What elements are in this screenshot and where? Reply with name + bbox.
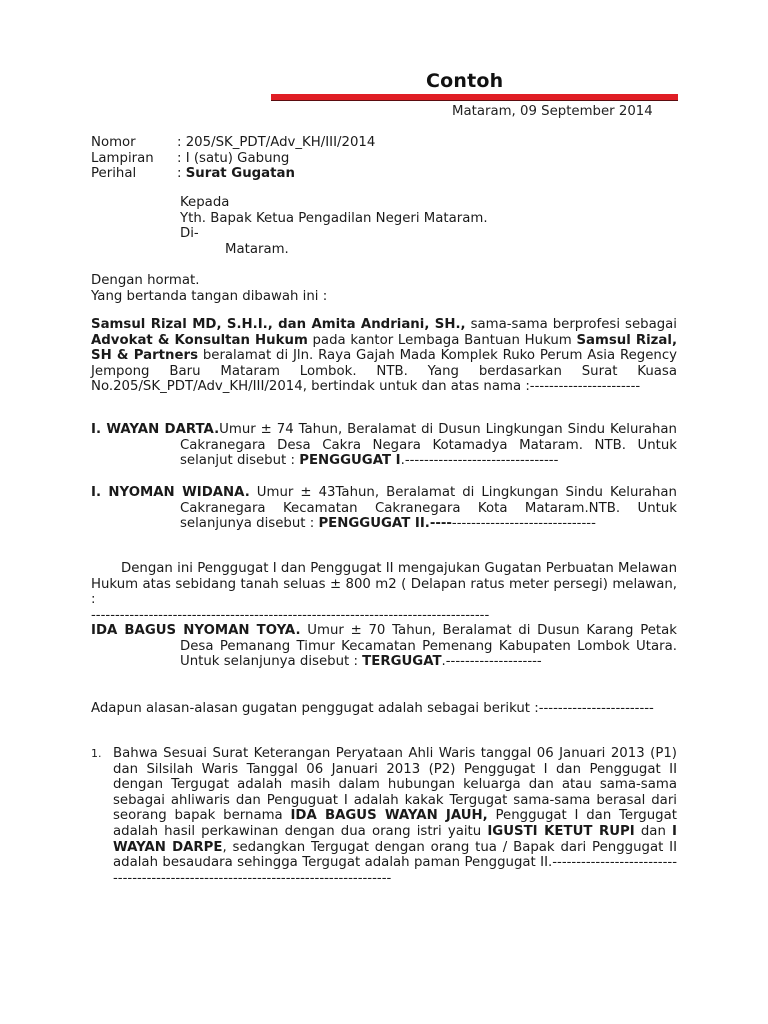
party-role: PENGGUGAT I bbox=[299, 453, 400, 468]
meta-nomor: Nomor : 205/SK_PDT/Adv_KH/III/2014 bbox=[91, 135, 375, 151]
claim-paragraph: Dengan ini Penggugat I dan Penggugat II … bbox=[91, 561, 677, 623]
firm-type: Advokat & Konsultan Hukum bbox=[91, 333, 308, 348]
list-item: 1. Bahwa Sesuai Surat Keterangan Peryata… bbox=[91, 746, 677, 886]
letter-date: Mataram, 09 September 2014 bbox=[452, 104, 682, 120]
party-name: I. NYOMAN WIDANA. bbox=[91, 485, 250, 500]
claim-dashes: ----------------------------------------… bbox=[91, 608, 677, 624]
party-text: I. NYOMAN WIDANA. Umur ± 43Tahun, Berala… bbox=[91, 485, 677, 532]
defendant: IDA BAGUS NYOMAN TOYA. Umur ± 70 Tahun, … bbox=[91, 623, 677, 670]
greeting-line: Dengan hormat. bbox=[91, 273, 327, 289]
meta-label: Perihal bbox=[91, 166, 177, 182]
plaintiff-2: I. NYOMAN WIDANA. Umur ± 43Tahun, Berala… bbox=[91, 485, 677, 532]
party-text: IDA BAGUS NYOMAN TOYA. Umur ± 70 Tahun, … bbox=[91, 623, 677, 670]
letter-meta: Nomor : 205/SK_PDT/Adv_KH/III/2014 Lampi… bbox=[91, 135, 375, 182]
text-span: sama-sama berprofesi sebagai bbox=[466, 317, 677, 332]
list-item-text: Bahwa Sesuai Surat Keterangan Peryataan … bbox=[91, 746, 677, 886]
text-span: ------------------------------ bbox=[452, 516, 596, 531]
party-text: I. WAYAN DARTA.Umur ± 74 Tahun, Beralama… bbox=[91, 422, 677, 469]
recipient-block: Kepada Yth. Bapak Ketua Pengadilan Neger… bbox=[180, 195, 488, 257]
document-page: Contoh Mataram, 09 September 2014 Nomor … bbox=[0, 0, 768, 1024]
recipient-city: Mataram. bbox=[180, 242, 488, 258]
party-role: TERGUGAT bbox=[362, 654, 441, 669]
title-rule bbox=[271, 94, 678, 101]
meta-lampiran: Lampiran : I (satu) Gabung bbox=[91, 151, 375, 167]
text-span: dan bbox=[635, 824, 672, 839]
meta-value: : I (satu) Gabung bbox=[177, 151, 289, 167]
party-name: I. WAYAN DARTA. bbox=[91, 422, 219, 437]
text-span: pada kantor Lembaga Bantuan Hukum bbox=[308, 333, 577, 348]
reasons-list: 1. Bahwa Sesuai Surat Keterangan Peryata… bbox=[91, 746, 677, 886]
greeting-block: Dengan hormat. Yang bertanda tangan diba… bbox=[91, 273, 327, 304]
claim-text: Dengan ini Penggugat I dan Penggugat II … bbox=[91, 561, 677, 608]
meta-value: : Surat Gugatan bbox=[177, 166, 295, 182]
meta-perihal: Perihal : Surat Gugatan bbox=[91, 166, 375, 182]
advocate-names: Samsul Rizal MD, S.H.I., dan Amita Andri… bbox=[91, 317, 466, 332]
subject-text: Surat Gugatan bbox=[186, 166, 295, 181]
party-role: PENGGUGAT II.---- bbox=[318, 516, 451, 531]
party-name: IDA BAGUS NYOMAN TOYA. bbox=[91, 623, 301, 638]
meta-label: Lampiran bbox=[91, 151, 177, 167]
list-number: 1. bbox=[91, 746, 102, 762]
recipient-line: Di- bbox=[180, 226, 488, 242]
greeting-line: Yang bertanda tangan dibawah ini : bbox=[91, 289, 327, 305]
recipient-line: Kepada bbox=[180, 195, 488, 211]
wife-1-name: IGUSTI KETUT RUPI bbox=[487, 824, 634, 839]
text-span: .-------------------------------- bbox=[401, 453, 559, 468]
meta-label: Nomor bbox=[91, 135, 177, 151]
intro-paragraph: Samsul Rizal MD, S.H.I., dan Amita Andri… bbox=[91, 317, 677, 395]
plaintiff-1: I. WAYAN DARTA.Umur ± 74 Tahun, Beralama… bbox=[91, 422, 677, 469]
recipient-line: Yth. Bapak Ketua Pengadilan Negeri Matar… bbox=[180, 211, 488, 227]
meta-value: : 205/SK_PDT/Adv_KH/III/2014 bbox=[177, 135, 375, 151]
document-title: Contoh bbox=[426, 70, 503, 92]
meta-colon: : bbox=[177, 166, 186, 181]
reasons-intro: Adapun alasan-alasan gugatan penggugat a… bbox=[91, 701, 677, 717]
father-name: IDA BAGUS WAYAN JAUH, bbox=[290, 808, 487, 823]
text-span: .-------------------- bbox=[442, 654, 542, 669]
